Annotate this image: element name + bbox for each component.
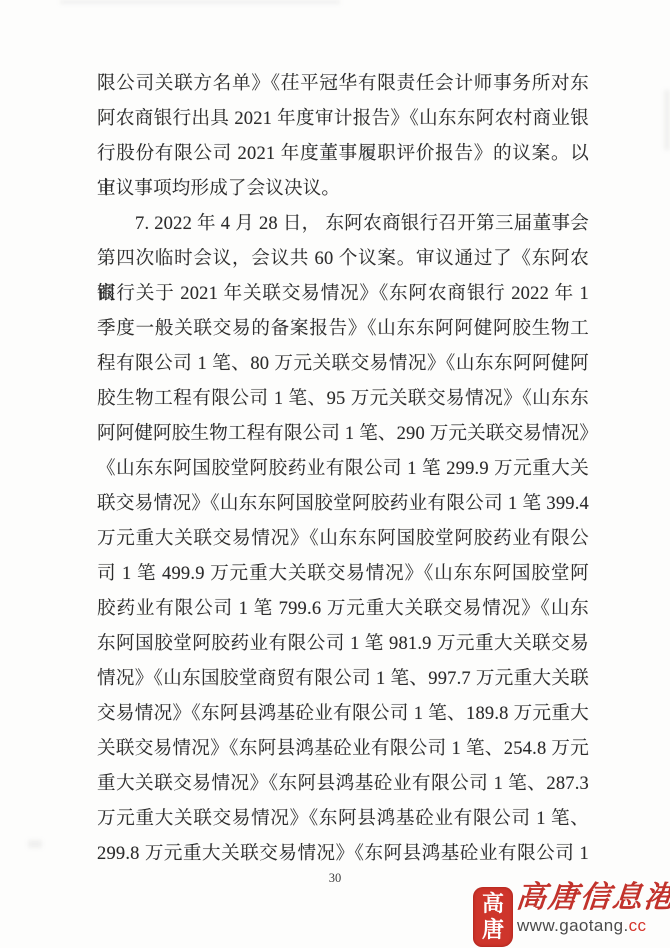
text-line: 行股份有限公司 2021 年度董事履职评价报告》的议案。以上: [97, 137, 589, 172]
document-text-block: 限公司关联方名单》《茌平冠华有限责任会计师事务所对东 阿农商银行出具 2021 …: [97, 67, 589, 872]
text-line: 季度一般关联交易的备案报告》《山东东阿阿健阿胶生物工: [97, 312, 589, 347]
text-line: 第四次临时会议，会议共 60 个议案。审议通过了《东阿农商: [97, 242, 589, 277]
watermark-url-suffix: cc: [629, 916, 647, 935]
paragraph-2: 7. 2022 年 4 月 28 日， 东阿农商银行召开第三届董事会 第四次临时…: [97, 207, 589, 872]
scan-artifact: [28, 840, 42, 848]
text-line: 司 1 笔 499.9 万元重大关联交易情况》《山东东阿国胶堂阿: [97, 557, 589, 592]
text-line: 阿农商银行出具 2021 年度审计报告》《山东东阿农村商业银: [97, 102, 589, 137]
text-line: 胶药业有限公司 1 笔 799.6 万元重大关联交易情况》《山东: [97, 592, 589, 627]
watermark-url-main: www.gaotang.: [517, 916, 629, 935]
text-line: 重大关联交易情况》《东阿县鸿基砼业有限公司 1 笔、287.3: [97, 767, 589, 802]
text-line: 299.8 万元重大关联交易情况》《东阿县鸿基砼业有限公司 1: [97, 837, 589, 872]
text-line: 关联交易情况》《东阿县鸿基砼业有限公司 1 笔、254.8 万元: [97, 732, 589, 767]
text-line: 阿阿健阿胶生物工程有限公司 1 笔、290 万元关联交易情况》: [97, 417, 589, 452]
text-line: 限公司关联方名单》《茌平冠华有限责任会计师事务所对东: [97, 67, 589, 102]
text-line: 程有限公司 1 笔、80 万元关联交易情况》《山东东阿阿健阿: [97, 347, 589, 382]
text-line: 东阿国胶堂阿胶药业有限公司 1 笔 981.9 万元重大关联交易: [97, 627, 589, 662]
seal-char-top: 高: [482, 891, 504, 917]
watermark-url: www.gaotang.cc: [517, 916, 646, 936]
text-line: 审议事项均形成了会议决议。: [97, 172, 589, 207]
text-line: 万元重大关联交易情况》《东阿县鸿基砼业有限公司 1 笔、: [97, 802, 589, 837]
scan-artifact: [664, 90, 670, 150]
watermark-site-name: 高唐信息港: [514, 878, 670, 918]
text-line: 银行关于 2021 年关联交易情况》《东阿农商银行 2022 年 1: [97, 277, 589, 312]
text-line: 万元重大关联交易情况》《山东东阿国胶堂阿胶药业有限公: [97, 522, 589, 557]
text-line: 胶生物工程有限公司 1 笔、95 万元关联交易情况》《山东东: [97, 382, 589, 417]
text-line: 联交易情况》《山东东阿国胶堂阿胶药业有限公司 1 笔 399.4: [97, 487, 589, 522]
paragraph-1: 限公司关联方名单》《茌平冠华有限责任会计师事务所对东 阿农商银行出具 2021 …: [97, 67, 589, 207]
text-line: 情况》《山东国胶堂商贸有限公司 1 笔、997.7 万元重大关联: [97, 662, 589, 697]
text-line: 《山东东阿国胶堂阿胶药业有限公司 1 笔 299.9 万元重大关: [97, 452, 589, 487]
watermark: 高 唐 高唐信息港 www.gaotang.cc: [473, 884, 670, 948]
seal-char-bottom: 唐: [482, 917, 504, 943]
text-line: 交易情况》《东阿县鸿基砼业有限公司 1 笔、189.8 万元重大: [97, 697, 589, 732]
scan-artifact: [60, 0, 340, 4]
text-line: 7. 2022 年 4 月 28 日， 东阿农商银行召开第三届董事会: [97, 207, 589, 242]
gaotang-seal-icon: 高 唐: [473, 887, 513, 947]
